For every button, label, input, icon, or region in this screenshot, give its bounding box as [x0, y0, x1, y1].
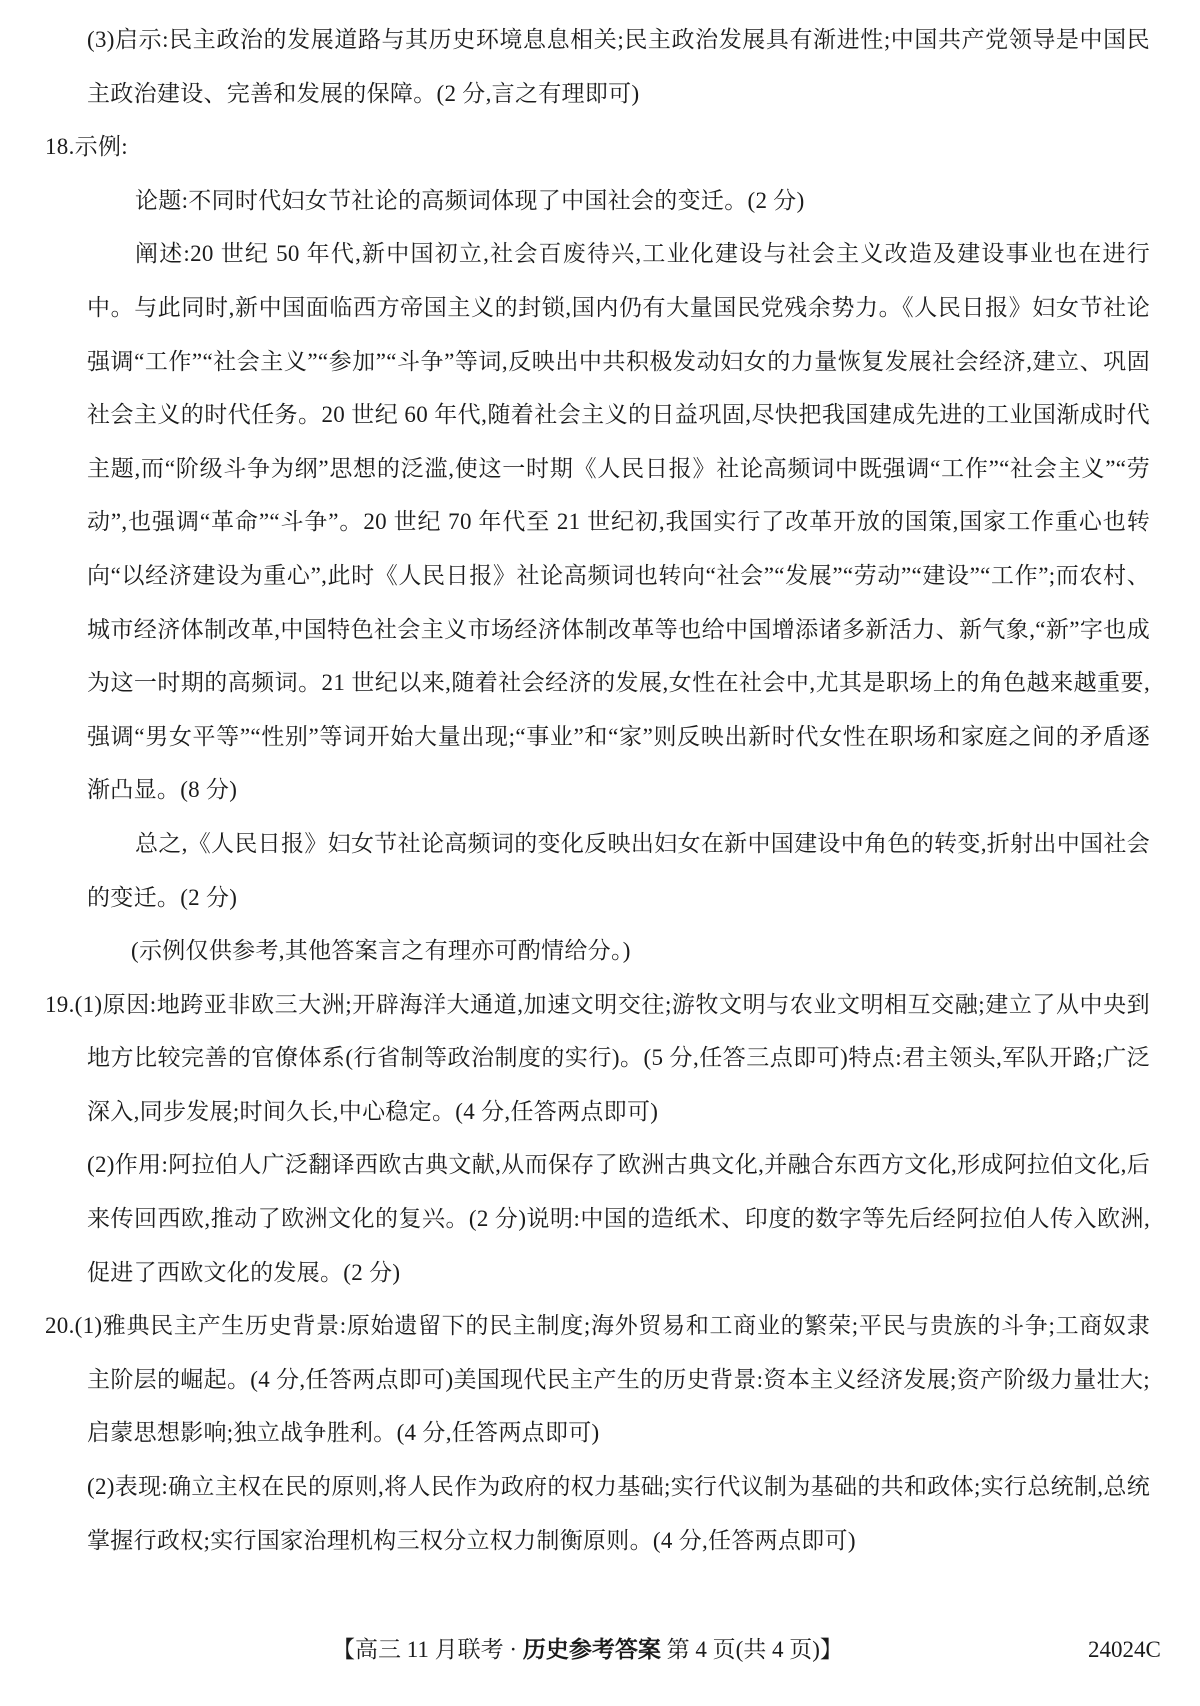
answer-19-1: 19.(1)原因:地跨亚非欧三大洲;开辟海洋大通道,加速文明交往;游牧文明与农业… [87, 978, 1150, 1139]
answer-18-heading: 18.示例: [87, 120, 1150, 174]
footer-page-number: 第 4 页(共 4 页)】 [661, 1637, 843, 1662]
footer-subject: 历史参考答案 [523, 1637, 661, 1662]
answer-18-exposition: 阐述:20 世纪 50 年代,新中国初立,社会百废待兴,工业化建设与社会主义改造… [87, 227, 1150, 817]
footer-title: 【高三 11 月联考 · 历史参考答案 第 4 页(共 4 页)】 [332, 1630, 843, 1670]
paper-code: 24024C [1088, 1630, 1161, 1670]
answer-18-conclusion: 总之,《人民日报》妇女节社论高频词的变化反映出妇女在新中国建设中角色的转变,折射… [87, 817, 1150, 924]
answers-content: (3)启示:民主政治的发展道路与其历史环境息息相关;民主政治发展具有渐进性;中国… [87, 13, 1150, 1567]
answer-17-3: (3)启示:民主政治的发展道路与其历史环境息息相关;民主政治发展具有渐进性;中国… [87, 13, 1150, 120]
answer-20-1: 20.(1)雅典民主产生历史背景:原始遗留下的民主制度;海外贸易和工商业的繁荣;… [87, 1299, 1150, 1460]
answer-sheet-page: (3)启示:民主政治的发展道路与其历史环境息息相关;民主政治发展具有渐进性;中国… [0, 0, 1200, 1706]
footer-exam-name: 【高三 11 月联考 · [332, 1637, 523, 1662]
answer-19-2: (2)作用:阿拉伯人广泛翻译西欧古典文献,从而保存了欧洲古典文化,并融合东西方文… [87, 1138, 1150, 1299]
answer-18-topic: 论题:不同时代妇女节社论的高频词体现了中国社会的变迁。(2 分) [87, 174, 1150, 228]
answer-18-note: (示例仅供参考,其他答案言之有理亦可酌情给分。) [87, 924, 1150, 978]
answer-20-2: (2)表现:确立主权在民的原则,将人民作为政府的权力基础;实行代议制为基础的共和… [87, 1460, 1150, 1567]
page-footer: 【高三 11 月联考 · 历史参考答案 第 4 页(共 4 页)】 24024C [0, 1630, 1200, 1670]
